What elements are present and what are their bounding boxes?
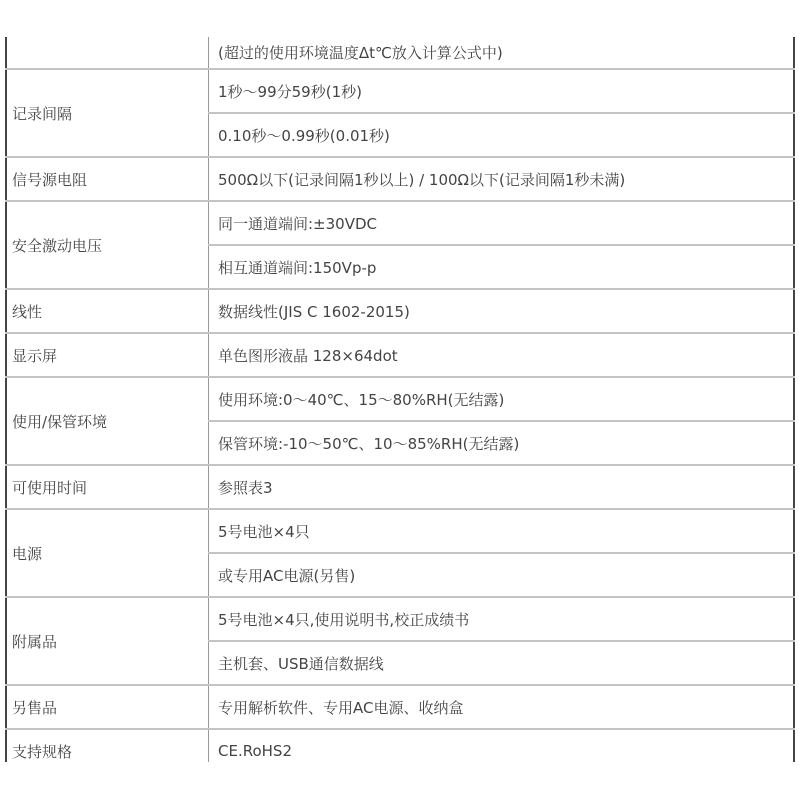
spec-value: (超过的使用环境温度Δt℃放入计算公式中)	[209, 37, 795, 69]
table-row: 线性 数据线性(JIS C 1602-2015)	[6, 289, 794, 333]
table-row: 信号源电阻 500Ω以下(记录间隔1秒以上) / 100Ω以下(记录间隔1秒未满…	[6, 157, 794, 201]
spec-value: 相互通道端间:150Vp-p	[209, 245, 795, 289]
spec-label: 可使用时间	[6, 465, 209, 509]
spec-value: 或专用AC电源(另售)	[209, 553, 795, 597]
spec-value: 5号电池×4只	[209, 509, 795, 553]
table-row: 可使用时间 参照表3	[6, 465, 794, 509]
spec-value: 保管环境:-10～50℃、10～85%RH(无结露)	[209, 421, 795, 465]
spec-value: 1秒～99分59秒(1秒)	[209, 69, 795, 113]
spec-value: 使用环境:0～40℃、15～80%RH(无结露)	[209, 377, 795, 421]
spec-table: (超过的使用环境温度Δt℃放入计算公式中) 记录间隔 1秒～99分59秒(1秒)…	[5, 37, 795, 762]
spec-label: 电源	[6, 509, 209, 597]
spec-value: 单色图形液晶 128×64dot	[209, 333, 795, 377]
spec-label: 另售品	[6, 685, 209, 729]
spec-table-viewport: (超过的使用环境温度Δt℃放入计算公式中) 记录间隔 1秒～99分59秒(1秒)…	[0, 37, 800, 762]
table-row: 另售品 专用解析软件、专用AC电源、收纳盒	[6, 685, 794, 729]
table-row: 附属品 5号电池×4只,使用说明书,校正成绩书	[6, 597, 794, 641]
spec-label: 记录间隔	[6, 69, 209, 157]
table-row: 安全激动电压 同一通道端间:±30VDC	[6, 201, 794, 245]
table-row: 显示屏 单色图形液晶 128×64dot	[6, 333, 794, 377]
table-row: 记录间隔 1秒～99分59秒(1秒)	[6, 69, 794, 113]
spec-label: 安全激动电压	[6, 201, 209, 289]
spec-label	[6, 37, 209, 69]
table-row: 电源 5号电池×4只	[6, 509, 794, 553]
spec-value: 500Ω以下(记录间隔1秒以上) / 100Ω以下(记录间隔1秒未满)	[209, 157, 795, 201]
spec-value: 专用解析软件、专用AC电源、收纳盒	[209, 685, 795, 729]
spec-label: 支持规格	[6, 729, 209, 762]
spec-label: 使用/保管环境	[6, 377, 209, 465]
spec-label: 显示屏	[6, 333, 209, 377]
spec-value: 0.10秒～0.99秒(0.01秒)	[209, 113, 795, 157]
spec-label: 附属品	[6, 597, 209, 685]
spec-value: 5号电池×4只,使用说明书,校正成绩书	[209, 597, 795, 641]
spec-label: 信号源电阻	[6, 157, 209, 201]
table-row: (超过的使用环境温度Δt℃放入计算公式中)	[6, 37, 794, 69]
table-row: 支持规格 CE.RoHS2	[6, 729, 794, 762]
table-row: 使用/保管环境 使用环境:0～40℃、15～80%RH(无结露)	[6, 377, 794, 421]
spec-value: CE.RoHS2	[209, 729, 795, 762]
spec-value: 主机套、USB通信数据线	[209, 641, 795, 685]
spec-value: 数据线性(JIS C 1602-2015)	[209, 289, 795, 333]
spec-value: 同一通道端间:±30VDC	[209, 201, 795, 245]
spec-label: 线性	[6, 289, 209, 333]
spec-value: 参照表3	[209, 465, 795, 509]
